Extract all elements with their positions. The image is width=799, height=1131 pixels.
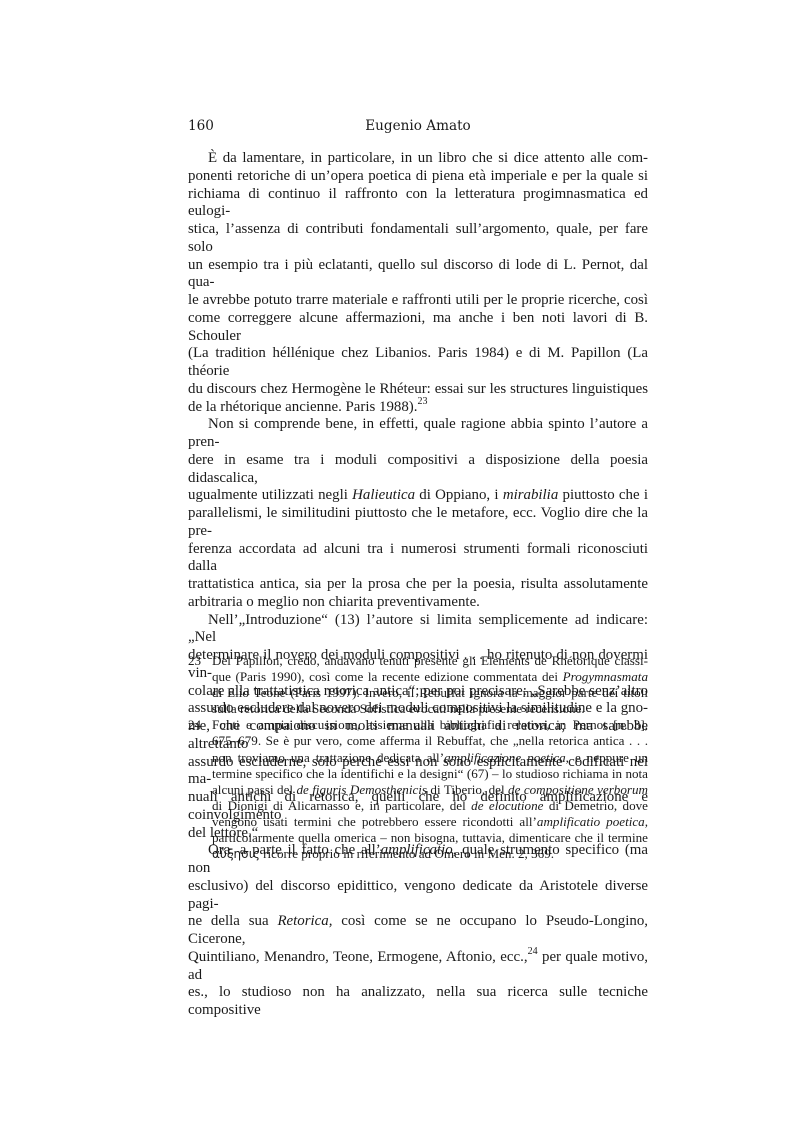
text-segment: alcuni passi del: [212, 782, 296, 797]
footnote-line: αὔξησις ricorre proprio in riferimento a…: [212, 846, 648, 862]
text-line: stica, l’assenza di contributi fondament…: [188, 221, 648, 257]
italic-term: amplificatio poetica,: [537, 814, 648, 829]
italic-term: Retorica,: [277, 913, 332, 929]
text-segment: ricorre proprio in riferimento ad Omero …: [260, 846, 554, 861]
footnote-line: que (Paris 1990), così come la recente e…: [212, 669, 648, 685]
text-line: (La tradition héllénique chez Libanios. …: [188, 345, 648, 381]
text-segment: ne della sua: [188, 913, 277, 929]
italic-term: mirabilia: [503, 487, 558, 503]
footnote-line: di Elio Teone (Paris 1997). Invero, il R…: [212, 685, 648, 701]
text-line: ponenti retoriche di un’opera poetica di…: [188, 168, 648, 186]
text-segment: di Demetrio, dove: [543, 798, 648, 813]
footnote-line: particolarmente quella omerica – non bis…: [212, 830, 648, 846]
footnote-line: alcuni passi del de figuris Demosthenici…: [212, 782, 648, 798]
footnote-number: 23: [188, 653, 201, 669]
text-line: de la rhétorique ancienne. Paris 1988).2…: [188, 399, 648, 417]
paragraph-1: È da lamentare, in particolare, in un li…: [188, 150, 648, 416]
text-segment: vengono usati termini che potrebbero ess…: [212, 814, 537, 829]
text-line: dere in esame tra i moduli compositivi a…: [188, 452, 648, 488]
footnote-line: vengono usati termini che potrebbero ess…: [212, 814, 648, 830]
text-line: Nell’„Introduzione“ (13) l’autore si lim…: [188, 612, 648, 648]
text-segment: di Dionigi di Alicarnasso e, in particol…: [212, 798, 471, 813]
italic-term: de compositione verborum: [508, 782, 648, 797]
footnote-ref-24[interactable]: 24: [528, 946, 538, 957]
italic-term: de elocutione: [471, 798, 543, 813]
text-segment: di Tiberio, del: [427, 782, 508, 797]
text-line: richiama di continuo il raffronto con la…: [188, 186, 648, 222]
text-segment: ugualmente utilizzati negli: [188, 487, 352, 503]
footnote-23: 23 Del Papillon, credo, andavano tenuti …: [188, 653, 648, 717]
text-segment: Quintiliano, Menandro, Teone, Ermogene, …: [188, 949, 528, 965]
text-segment: de la rhétorique ancienne. Paris 1988).: [188, 399, 417, 415]
text-segment: e neppure un: [569, 750, 648, 765]
document-page: 160 Eugenio Amato È da lamentare, in par…: [0, 0, 799, 1131]
running-head: 160 Eugenio Amato: [188, 118, 648, 136]
footnote-line: 675–679. Se è pur vero, come afferma il …: [212, 733, 648, 749]
text-line: esclusivo) del discorso epidittico, veng…: [188, 878, 648, 914]
italic-term: Halieutica: [352, 487, 415, 503]
text-line: ugualmente utilizzati negli Halieutica d…: [188, 487, 648, 505]
running-head-author: Eugenio Amato: [188, 118, 648, 134]
paragraph-2: Non si comprende bene, in effetti, quale…: [188, 416, 648, 611]
text-line: ne della sua Retorica, così come se ne o…: [188, 913, 648, 949]
text-segment: non troviamo una trattazione dedicata al…: [212, 750, 444, 765]
text-line: trattatistica antica, sia per la prosa c…: [188, 576, 648, 594]
text-line: arbitraria o meglio non chiarita prevent…: [188, 594, 648, 612]
footnotes: 23 Del Papillon, credo, andavano tenuti …: [188, 653, 648, 862]
footnote-number: 24: [188, 717, 201, 733]
italic-term: de figuris Demosthenicis: [296, 782, 427, 797]
text-line: ferenza accordata ad alcuni tra i numero…: [188, 541, 648, 577]
greek-term: αὔξησις: [212, 847, 260, 861]
text-line: un esempio tra i più eclatanti, quello s…: [188, 257, 648, 293]
text-line: Non si comprende bene, in effetti, quale…: [188, 416, 648, 452]
footnote-24: 24 Fonti e ampia discussione, assieme al…: [188, 717, 648, 862]
footnote-line: Fonti e ampia discussione, assieme alla …: [212, 717, 648, 733]
text-line: È da lamentare, in particolare, in un li…: [188, 150, 648, 168]
footnote-line: di Dionigi di Alicarnasso e, in particol…: [212, 798, 648, 814]
text-segment: di Oppiano, i: [415, 487, 503, 503]
text-segment: que (Paris 1990), così come la recente e…: [212, 669, 563, 684]
italic-term: amplificazione poetica,: [444, 750, 569, 765]
footnote-ref-23[interactable]: 23: [417, 396, 427, 407]
italic-term: Progymnasmata: [563, 669, 648, 684]
text-segment: piuttosto che i: [558, 487, 648, 503]
text-line: parallelismi, le similitudini piuttosto …: [188, 505, 648, 541]
footnote-line: sulla retorica della Seconda Sofistica e…: [212, 701, 648, 717]
footnote-line: non troviamo una trattazione dedicata al…: [212, 750, 648, 766]
text-line: Quintiliano, Menandro, Teone, Ermogene, …: [188, 949, 648, 985]
footnote-line: Del Papillon, credo, andavano tenuti pre…: [212, 653, 648, 669]
footnote-line: termine specifico che la identifichi e l…: [212, 766, 648, 782]
body-text: È da lamentare, in particolare, in un li…: [188, 150, 648, 1020]
paragraph-4: Ora, a parte il fatto che all’amplificat…: [188, 842, 648, 1020]
text-line: come correggere alcune affermazioni, ma …: [188, 310, 648, 346]
text-line: le avrebbe potuto trarre materiale e raf…: [188, 292, 648, 310]
text-line: es., lo studioso non ha analizzato, nell…: [188, 984, 648, 1020]
